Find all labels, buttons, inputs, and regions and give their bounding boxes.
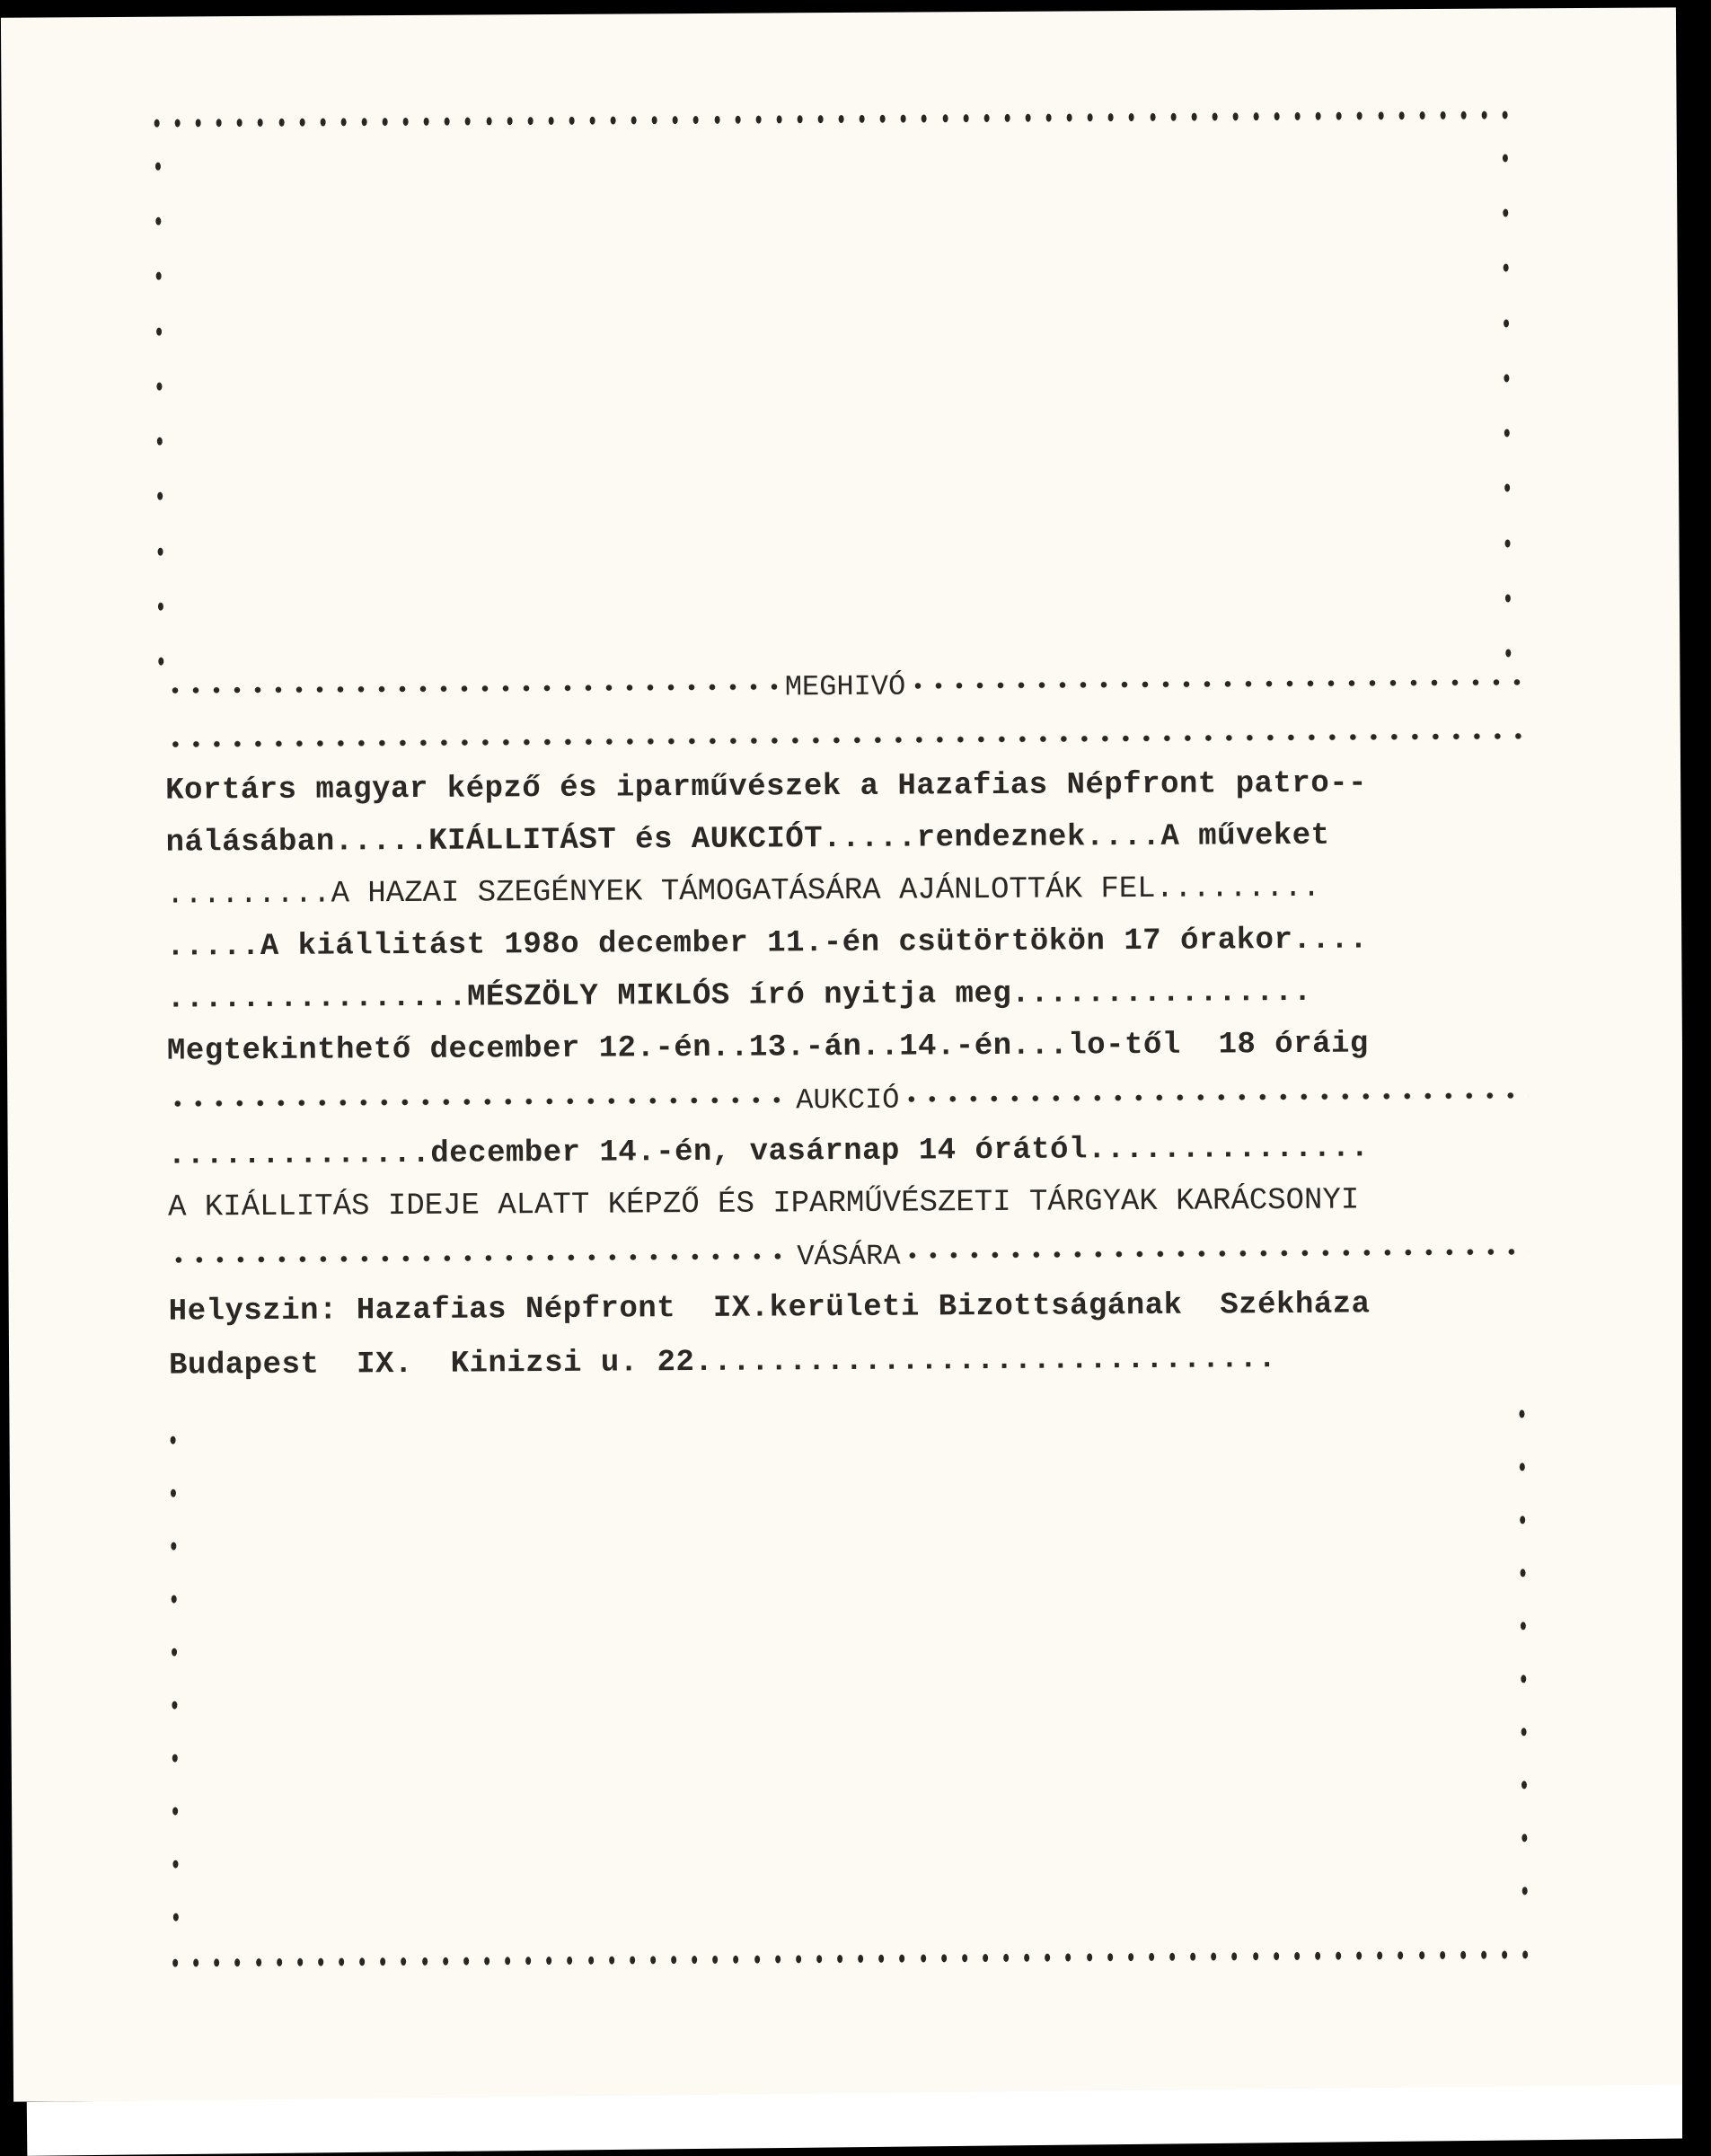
dotted-border-right-upper: [1502, 154, 1512, 657]
address-line: Budapest IX. Kinizsi u. 22..............…: [169, 1339, 1530, 1383]
auction-date-line: ..............december 14.-én, vasárnap …: [168, 1129, 1529, 1173]
dotted-border-left-upper: [154, 163, 164, 666]
text-line-6: Megtekinthető december 12.-én..13.-án..1…: [167, 1025, 1528, 1069]
scan-edge: [1682, 0, 1711, 2156]
venue-line: Helyszin: Hazafias Népfront IX.kerületi …: [169, 1286, 1530, 1330]
paper-sheet: MEGHIVÓ Kortárs magyar képző és iparművé…: [1, 7, 1689, 2101]
dotted-border-bottom: [172, 1948, 1529, 1967]
separator-row: [165, 718, 1526, 762]
fair-heading: VÁSÁRA: [795, 1239, 902, 1273]
title-row: MEGHIVÓ: [164, 664, 1525, 708]
text-line-1: Kortárs magyar képző és iparművészek a H…: [165, 764, 1526, 808]
text-line-2: nálásában.....KIÁLLITÁST és AUKCIÓT.....…: [165, 817, 1526, 861]
dotted-border-right-lower: [1518, 1409, 1528, 1895]
fair-line: A KIÁLLITÁS IDEJE ALATT KÉPZŐ ÉS IPARMŰV…: [168, 1181, 1529, 1225]
dotted-border-top: [154, 109, 1509, 128]
document-title: MEGHIVÓ: [783, 669, 908, 703]
text-line-5: ................MÉSZÖLY MIKLÓS író nyitj…: [166, 973, 1527, 1017]
dotted-border-left-lower: [170, 1436, 180, 1922]
invitation-body: MEGHIVÓ Kortárs magyar képző és iparművé…: [164, 664, 1525, 672]
fair-heading-row: VÁSÁRA: [168, 1233, 1529, 1277]
auction-heading: AUKCIÓ: [794, 1082, 901, 1117]
text-line-4: .....A kiállitást 198o december 11.-én c…: [166, 921, 1527, 965]
text-line-3: .........A HAZAI SZEGÉNYEK TÁMOGATÁSÁRA …: [166, 869, 1527, 913]
auction-heading-row: AUKCIÓ: [167, 1077, 1528, 1121]
